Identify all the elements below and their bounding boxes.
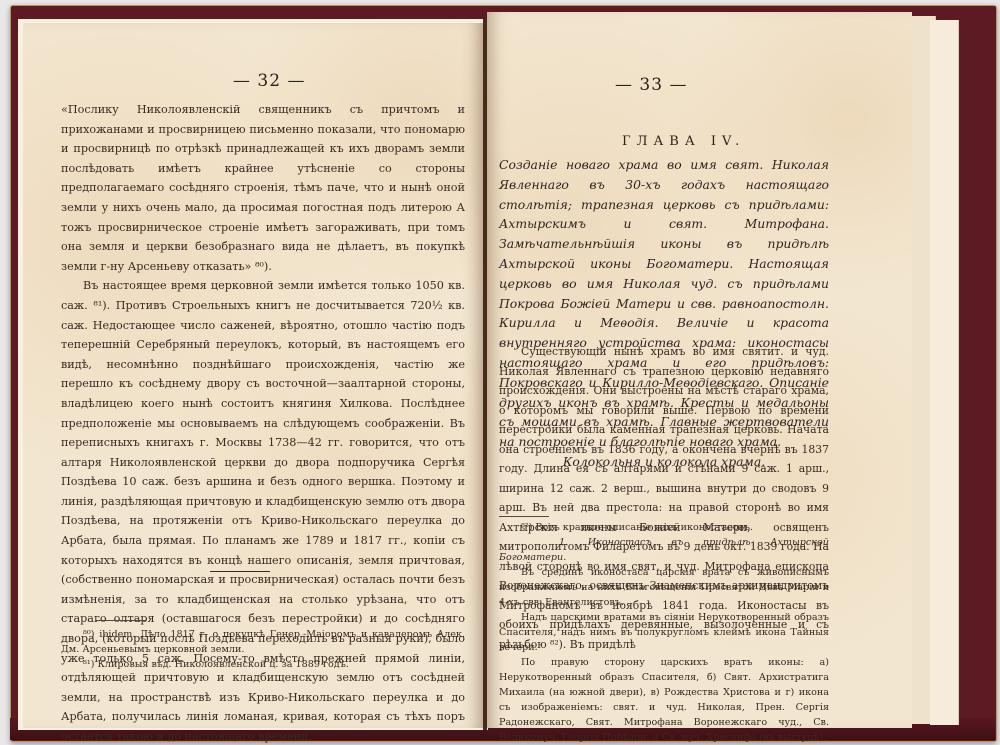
body-paragraph: Въ настоящее время церковной земли имѣет… bbox=[61, 276, 465, 745]
quote-paragraph: «Послику Николоявленскій священникъ съ п… bbox=[61, 100, 465, 276]
footnote-line: По правую сторону царскихъ вратъ иконы: … bbox=[499, 655, 829, 745]
footnote-iconostasis-title: 1. Иконостасъ въ придѣлѣ Ахтырской Богом… bbox=[499, 535, 829, 565]
right-footnotes: ⁸²) Вотъ краткое описаніе сихъ иконостас… bbox=[499, 520, 829, 745]
footnote-rule bbox=[499, 516, 549, 517]
footnote-80: ⁸⁰) ibidem. Дѣло 1817 г. о покупкѣ Генер… bbox=[61, 627, 465, 657]
page-number-33: — 33 — bbox=[615, 75, 687, 95]
section-divider bbox=[210, 571, 270, 572]
footnote-rule bbox=[96, 620, 146, 621]
left-page: — 32 — «Послику Николоявленскій священни… bbox=[23, 23, 483, 728]
footnote-line: Въ срединѣ иконостаса царскія врата съ ж… bbox=[499, 565, 829, 610]
footnote-81: ⁸¹) Клировыя вѣд. Николоявленской ц. за … bbox=[61, 657, 465, 672]
page-number-32: — 32 — bbox=[233, 71, 305, 91]
footnote-line: Надъ царскими вратами въ сіяніи Нерукотв… bbox=[499, 610, 829, 655]
right-page: — 33 — ГЛАВА IV. Созданіе новаго храма в… bbox=[487, 12, 912, 728]
footnote-82: ⁸²) Вотъ краткое описаніе сихъ иконостас… bbox=[499, 520, 829, 535]
left-footnotes: ⁸⁰) ibidem. Дѣло 1817 г. о покупкѣ Генер… bbox=[61, 627, 465, 672]
chapter-title: ГЛАВА IV. bbox=[622, 134, 745, 149]
right-endpaper bbox=[930, 20, 959, 725]
